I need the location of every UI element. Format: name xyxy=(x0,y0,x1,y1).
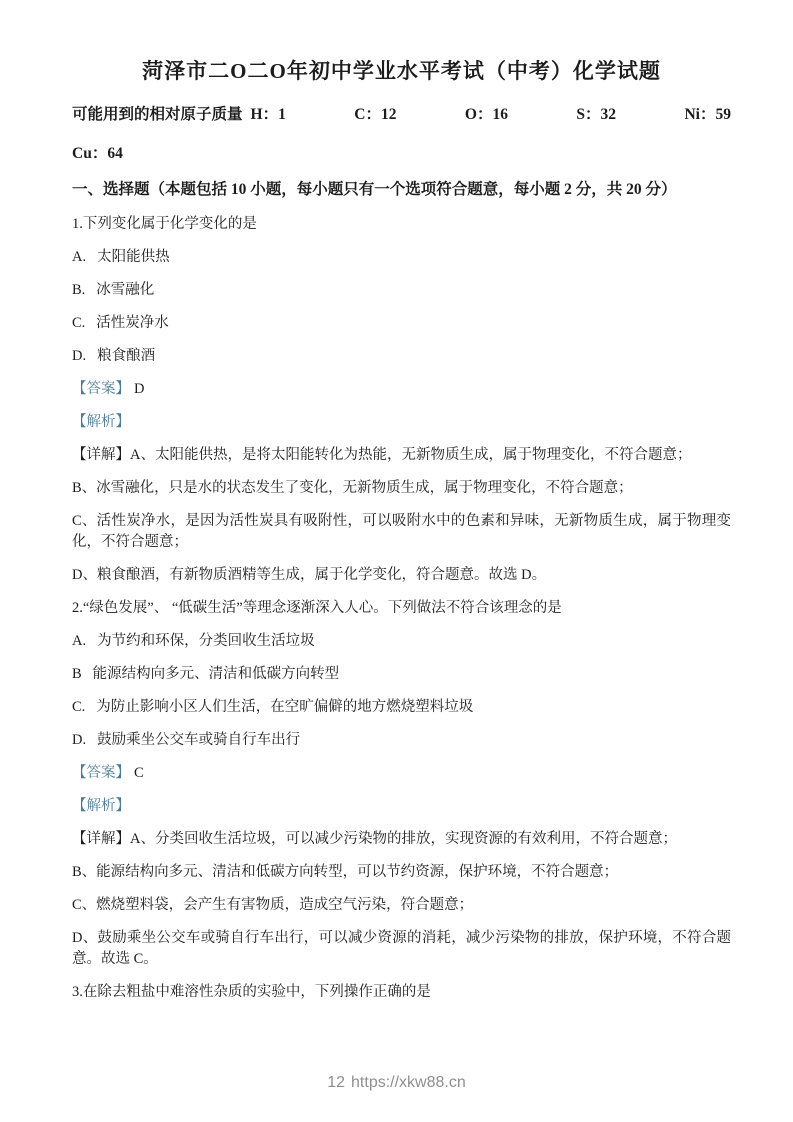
atomic-mass-O: O：16 xyxy=(465,104,508,126)
option-b: B 能源结构向多元、清洁和低碳方向转型 xyxy=(72,664,731,685)
atomic-mass-H: H：1 xyxy=(251,104,286,126)
option-text: 能源结构向多元、清洁和低碳方向转型 xyxy=(93,664,340,685)
option-text: 活性炭净水 xyxy=(96,313,169,334)
detail-paragraph: C、活性炭净水，是因为活性炭具有吸附性，可以吸附水中的色素和异味，无新物质生成，… xyxy=(72,511,731,553)
option-d: D. 鼓励乘坐公交车或骑自行车出行 xyxy=(72,730,731,751)
answer-line: 【答案】C xyxy=(72,763,731,784)
question-2: 2.“绿色发展”、 “低碳生活”等理念逐渐深入人心。下列做法不符合该理念的是 A… xyxy=(72,598,731,970)
option-c: C. 为防止影响小区人们生活，在空旷偏僻的地方燃烧塑料垃圾 xyxy=(72,697,731,718)
option-text: 鼓励乘坐公交车或骑自行车出行 xyxy=(97,730,300,751)
page-footer: 12https://xkw88.cn xyxy=(0,1074,793,1092)
option-c: C. 活性炭净水 xyxy=(72,313,731,334)
exam-title: 菏泽市二O二O年初中学业水平考试（中考）化学试题 xyxy=(72,56,731,86)
answer-tag: 【答案】 xyxy=(72,765,130,781)
option-text: 太阳能供热 xyxy=(97,247,170,268)
option-a: A. 太阳能供热 xyxy=(72,247,731,268)
atomic-mass-Cu: Cu：64 xyxy=(72,143,731,165)
analysis-line: 【解析】 xyxy=(72,412,731,433)
question-stem: 2.“绿色发展”、 “低碳生活”等理念逐渐深入人心。下列做法不符合该理念的是 xyxy=(72,598,731,619)
option-text: 为防止影响小区人们生活，在空旷偏僻的地方燃烧塑料垃圾 xyxy=(96,697,473,718)
option-label: A. xyxy=(72,631,86,652)
option-label: D. xyxy=(72,346,86,367)
detail-paragraph: D、鼓励乘坐公交车或骑自行车出行，可以减少资源的消耗，减少污染物的排放，保护环境… xyxy=(72,928,731,970)
detail-paragraph: D、粮食酿酒，有新物质酒精等生成，属于化学变化，符合题意。故选 D。 xyxy=(72,565,731,586)
option-b: B. 冰雪融化 xyxy=(72,280,731,301)
detail-paragraph: C、燃烧塑料袋，会产生有害物质，造成空气污染，符合题意； xyxy=(72,895,731,916)
detail-paragraph: B、冰雪融化，只是水的状态发生了变化，无新物质生成，属于物理变化，不符合题意； xyxy=(72,478,731,499)
detail-paragraph: 【详解】A、太阳能供热，是将太阳能转化为热能，无新物质生成，属于物理变化，不符合… xyxy=(72,445,731,466)
option-d: D. 粮食酿酒 xyxy=(72,346,731,367)
detail-paragraph: B、能源结构向多元、清洁和低碳方向转型，可以节约资源，保护环境，不符合题意； xyxy=(72,862,731,883)
document-content: 菏泽市二O二O年初中学业水平考试（中考）化学试题 可能用到的相对原子质量 H：1… xyxy=(0,0,793,1003)
question-1: 1.下列变化属于化学变化的是 A. 太阳能供热 B. 冰雪融化 C. 活性炭净水… xyxy=(72,214,731,586)
option-text: 粮食酿酒 xyxy=(97,346,155,367)
option-text: 冰雪融化 xyxy=(96,280,154,301)
option-label: C. xyxy=(72,697,85,718)
option-label: B xyxy=(72,664,82,685)
atomic-masses-lead: 可能用到的相对原子质量 H：1 xyxy=(72,104,286,126)
page-number: 12 xyxy=(327,1074,345,1091)
answer-tag: 【答案】 xyxy=(72,381,130,397)
section-heading: 一、选择题（本题包括 10 小题，每小题只有一个选项符合题意，每小题 2 分，共… xyxy=(72,179,731,201)
document-page: 菏泽市二O二O年初中学业水平考试（中考）化学试题 可能用到的相对原子质量 H：1… xyxy=(0,0,793,1122)
option-label: B. xyxy=(72,280,85,301)
question-stem: 1.下列变化属于化学变化的是 xyxy=(72,214,731,235)
atomic-mass-Ni: Ni：59 xyxy=(684,104,731,126)
footer-url: https://xkw88.cn xyxy=(351,1074,466,1091)
detail-paragraph: 【详解】A、分类回收生活垃圾，可以减少污染物的排放，实现资源的有效利用，不符合题… xyxy=(72,829,731,850)
option-text: 为节约和环保，分类回收生活垃圾 xyxy=(97,631,315,652)
atomic-masses-line: 可能用到的相对原子质量 H：1 C：12 O：16 S：32 Ni：59 xyxy=(72,104,731,126)
option-label: C. xyxy=(72,313,85,334)
analysis-tag: 【解析】 xyxy=(72,798,130,814)
atomic-mass-S: S：32 xyxy=(576,104,616,126)
atomic-masses-prefix: 可能用到的相对原子质量 xyxy=(72,104,243,126)
option-label: A. xyxy=(72,247,86,268)
analysis-tag: 【解析】 xyxy=(72,414,130,430)
option-label: D. xyxy=(72,730,86,751)
atomic-mass-C: C：12 xyxy=(354,104,396,126)
answer-value: C xyxy=(134,765,144,781)
answer-line: 【答案】D xyxy=(72,379,731,400)
question-3: 3.在除去粗盐中难溶性杂质的实验中，下列操作正确的是 xyxy=(72,982,731,1003)
option-a: A. 为节约和环保，分类回收生活垃圾 xyxy=(72,631,731,652)
answer-value: D xyxy=(134,381,144,397)
analysis-line: 【解析】 xyxy=(72,796,731,817)
question-stem: 3.在除去粗盐中难溶性杂质的实验中，下列操作正确的是 xyxy=(72,982,731,1003)
